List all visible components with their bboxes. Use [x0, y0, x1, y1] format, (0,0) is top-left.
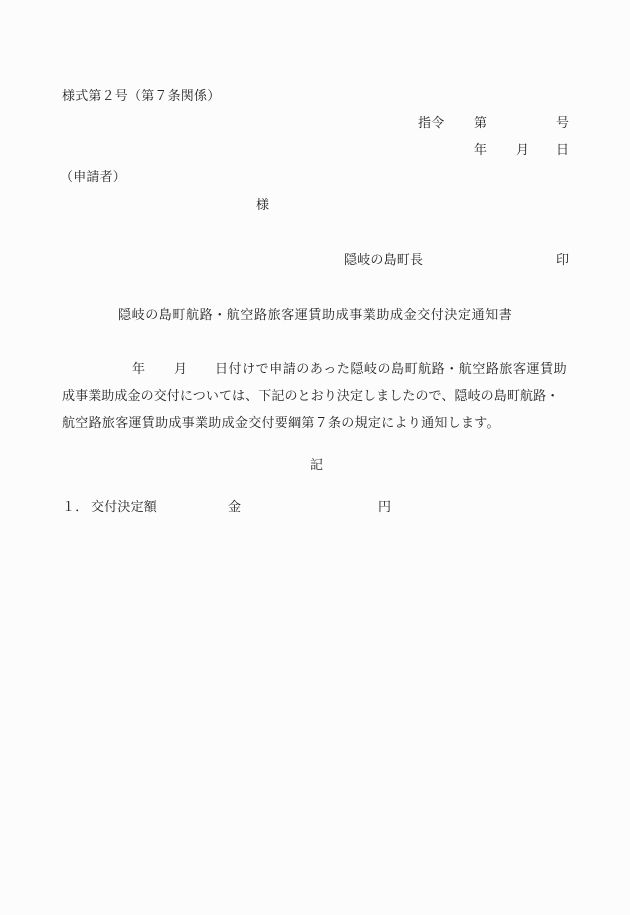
- amount-suffix: 円: [378, 500, 391, 516]
- issuer-name: 隠岐の島町長: [344, 253, 423, 269]
- body-year: 年: [132, 362, 146, 378]
- item-label: 交付決定額: [91, 500, 157, 516]
- note-heading: 記: [310, 458, 323, 474]
- body-month: 月: [174, 362, 188, 378]
- body-line3: 航空路旅客運賃助成事業助成金交付要綱第７条の規定により通知します。: [62, 416, 500, 432]
- applicant-label: （申請者）: [60, 170, 126, 186]
- body-line2: 成事業助成金の交付については、下記のとおり決定しましたので、隠岐の島町航路・: [62, 389, 559, 405]
- number-suffix: 号: [556, 116, 569, 132]
- body-line1: 日付けで申請のあった隠岐の島町航路・航空路旅客運賃助: [215, 362, 567, 378]
- form-label: 様式第２号（第７条関係）: [62, 89, 220, 105]
- document-title: 隠岐の島町航路・航空路旅客運賃助成事業助成金交付決定通知書: [118, 308, 512, 324]
- date-day: 日: [556, 143, 569, 159]
- date-month: 月: [516, 143, 529, 159]
- number-prefix: 第: [474, 116, 487, 132]
- document-page: 様式第２号（第７条関係） 指令 第 号 年 月 日 （申請者） 様 隠岐の島町長…: [0, 0, 630, 915]
- issuer-seal: 印: [556, 253, 569, 269]
- applicant-honorific: 様: [256, 198, 269, 214]
- amount-prefix: 金: [228, 500, 241, 516]
- directive-label: 指令: [418, 116, 444, 132]
- date-year: 年: [474, 143, 487, 159]
- item-number: １．: [62, 500, 88, 516]
